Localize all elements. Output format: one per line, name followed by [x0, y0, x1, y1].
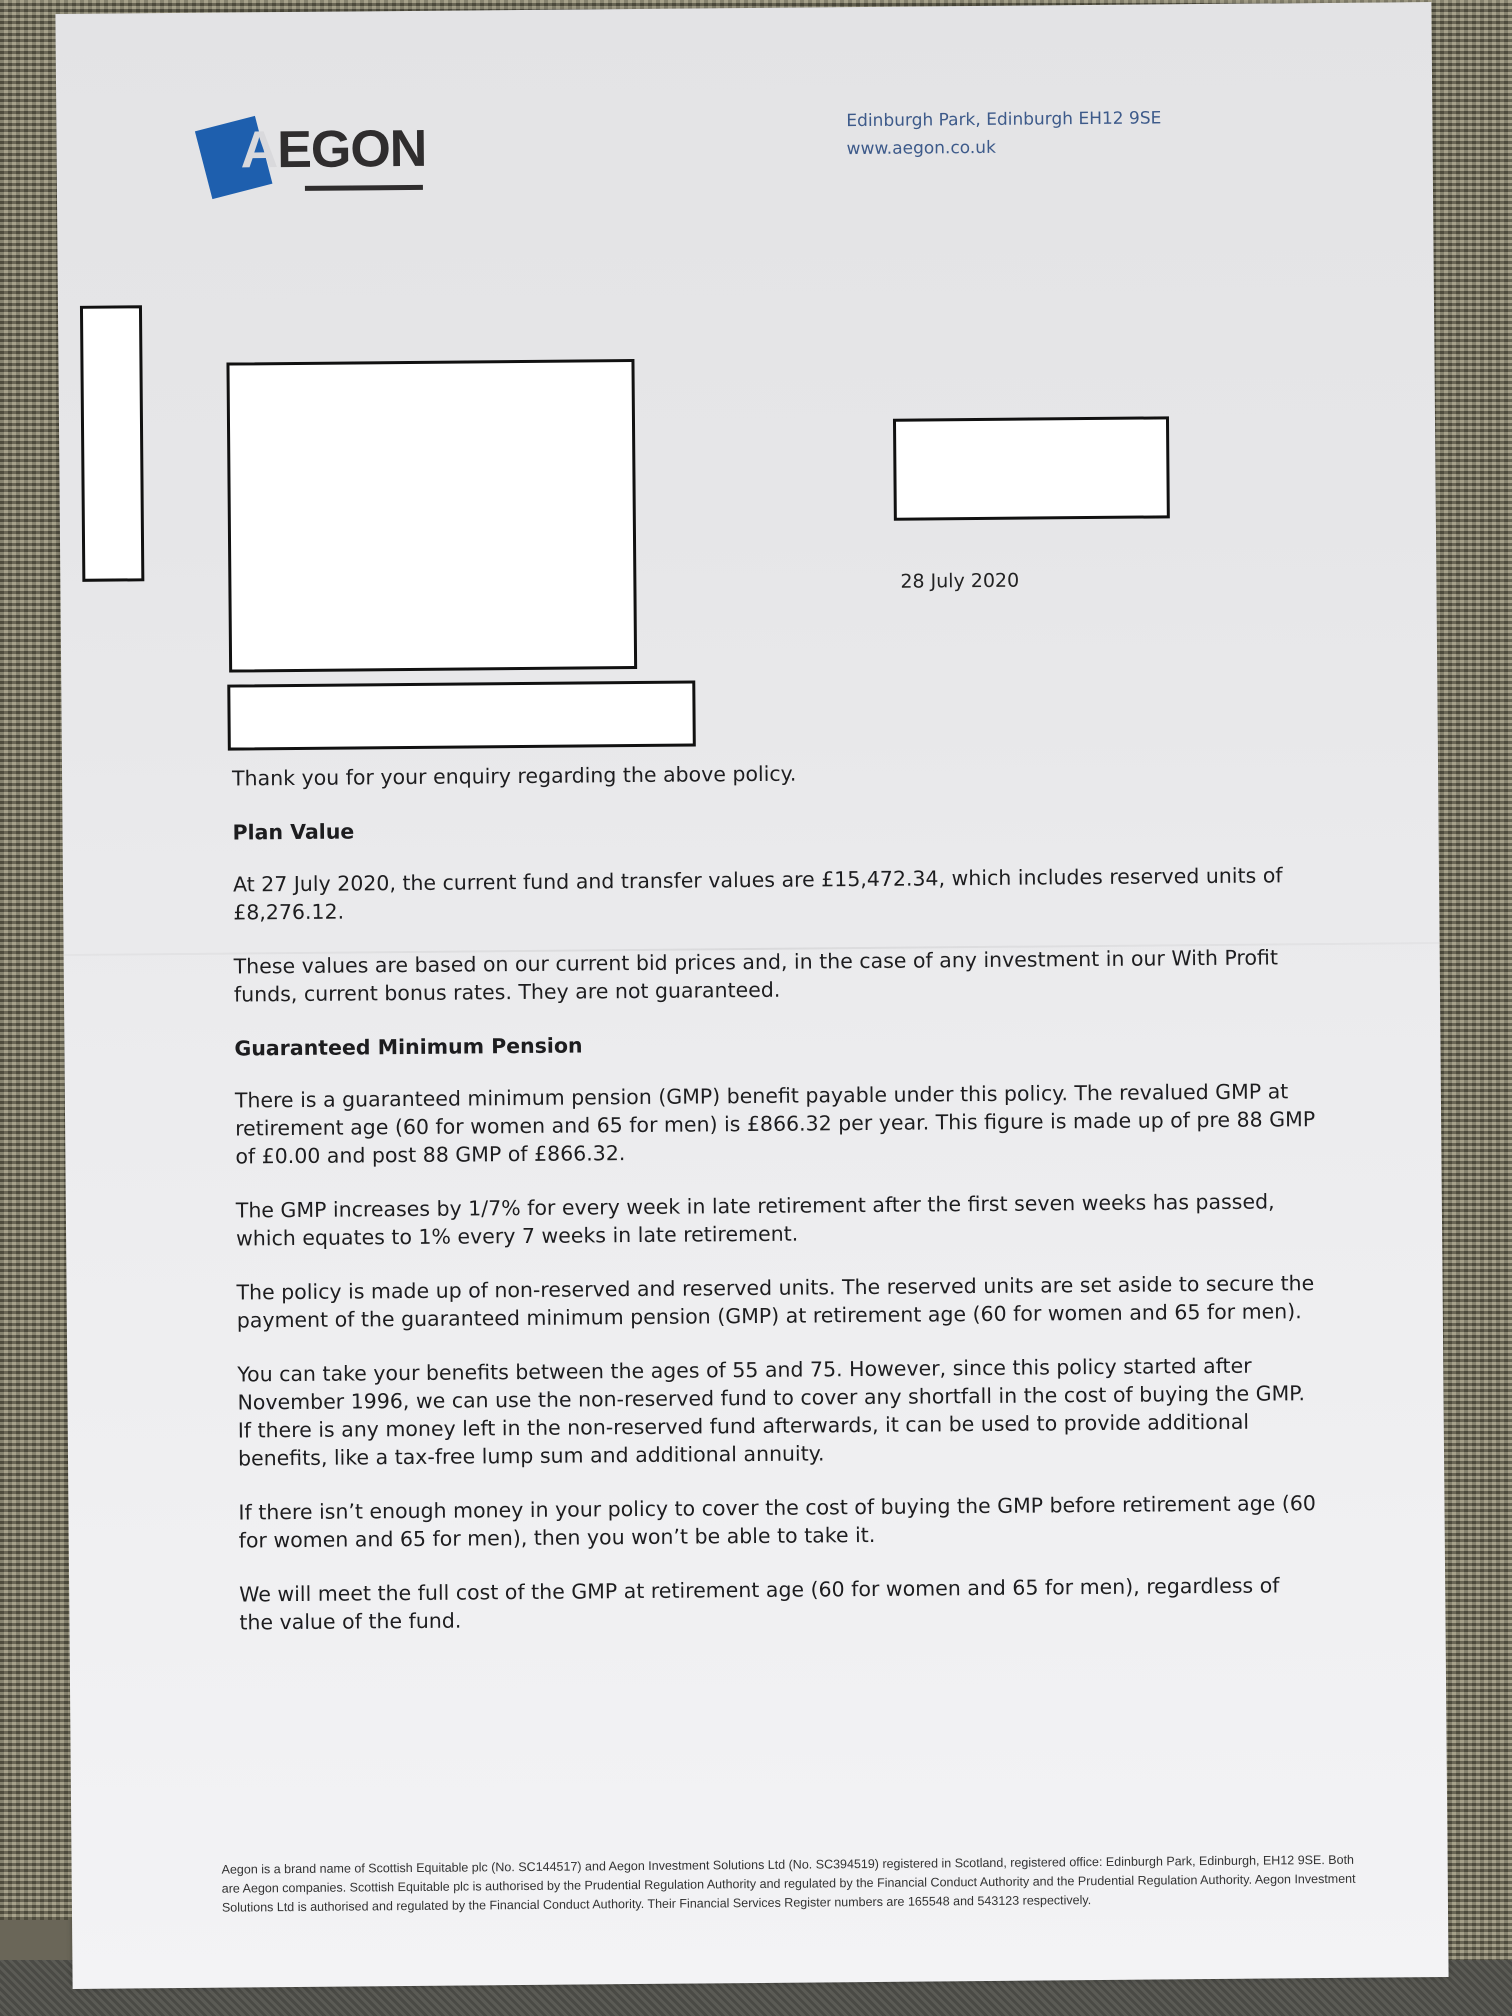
website-link[interactable]: www.aegon.co.uk [846, 132, 1161, 163]
redacted-left-margin-reference [80, 305, 144, 582]
paragraph: At 27 July 2020, the current fund and tr… [233, 861, 1313, 926]
intro-paragraph: Thank you for your enquiry regarding the… [232, 755, 1312, 792]
letter-body: Thank you for your enquiry regarding the… [232, 755, 1320, 1662]
logo-underline [305, 185, 423, 191]
paragraph: The GMP increases by 1/7% for every week… [236, 1187, 1316, 1252]
legal-footer: Aegon is a brand name of Scottish Equita… [222, 1851, 1372, 1918]
redacted-reference-details [893, 416, 1170, 520]
letter-date: 28 July 2020 [900, 570, 1019, 593]
section-heading-gmp: Guaranteed Minimum Pension [234, 1025, 1314, 1062]
paragraph: We will meet the full cost of the GMP at… [239, 1571, 1319, 1636]
aegon-logo: AEGON [196, 115, 437, 207]
paragraph: These values are based on our current bi… [234, 943, 1314, 1008]
letter-page: AEGON Edinburgh Park, Edinburgh EH12 9SE… [55, 2, 1448, 1989]
paragraph: The policy is made up of non-reserved an… [236, 1269, 1316, 1334]
paragraph: You can take your benefits between the a… [237, 1351, 1318, 1472]
redacted-recipient-address [226, 359, 637, 673]
paragraph: There is a guaranteed minimum pension (G… [235, 1077, 1316, 1170]
redacted-policy-reference-line [227, 680, 696, 750]
paragraph: If there isn’t enough money in your poli… [238, 1489, 1318, 1554]
logo-wordmark: AEGON [240, 123, 426, 177]
company-address: Edinburgh Park, Edinburgh EH12 9SE www.a… [846, 104, 1161, 163]
section-heading-plan-value: Plan Value [232, 809, 1312, 846]
address-line: Edinburgh Park, Edinburgh EH12 9SE [846, 104, 1161, 135]
